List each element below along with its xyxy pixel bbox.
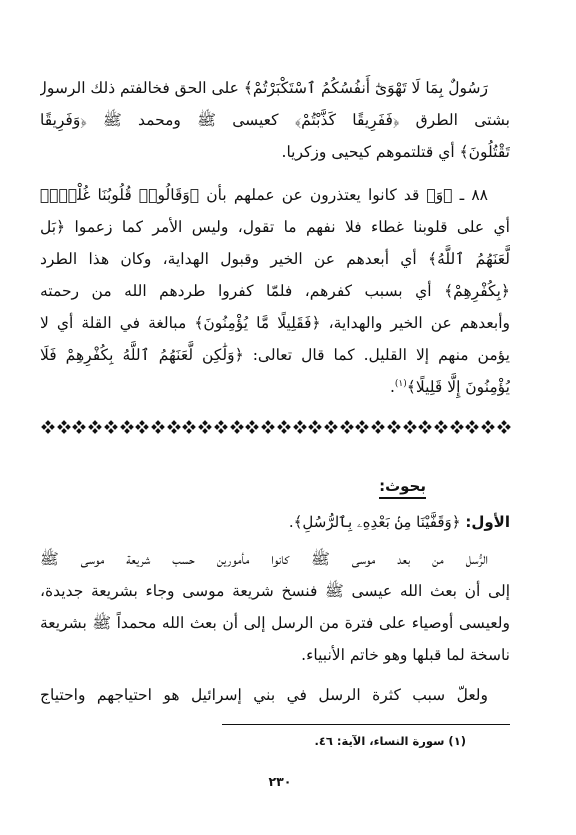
ornamental-divider xyxy=(42,421,510,435)
quran-verse: ﴿وَقَفَّيْنَا مِنۢ بَعْدِهِۦ بِٱلرُّسُلِ… xyxy=(289,513,461,531)
diamond-ornament-icon xyxy=(89,421,101,433)
diamond-ornament-icon xyxy=(482,421,494,433)
diamond-ornament-icon xyxy=(419,421,431,433)
diamond-ornament-icon xyxy=(121,421,133,433)
text-line: ولعلّ سبب كثرة الرسل في بني إسرائيل هو ا… xyxy=(40,679,510,711)
footnote-ref[interactable]: (١) xyxy=(395,379,407,389)
first-item: الأول: ﴿وَقَفَّيْنَا مِنۢ بَعْدِهِۦ بِٱل… xyxy=(40,507,510,537)
diamond-ornament-icon xyxy=(136,421,148,433)
diamond-ornament-icon xyxy=(388,421,400,433)
diamond-ornament-icon xyxy=(262,421,274,433)
diamond-ornament-icon xyxy=(73,421,85,433)
diamond-ornament-icon xyxy=(325,421,337,433)
section-heading: بحوث: xyxy=(379,476,426,499)
diamond-ornament-icon xyxy=(152,421,164,433)
paragraph-4: ولعلّ سبب كثرة الرسل في بني إسرائيل هو ا… xyxy=(40,679,510,711)
diamond-ornament-icon xyxy=(404,421,416,433)
text-line: الرُّسل من بعد موسى ﷺ كانوا مأمورين حسب … xyxy=(40,543,510,575)
diamond-ornament-icon xyxy=(168,421,180,433)
paragraph-2: ٨٨ ـ ﴿وَ﴾ قد كانوا يعتذرون عن عملهم بأن … xyxy=(40,179,510,403)
diamond-ornament-icon xyxy=(356,421,368,433)
diamond-ornament-icon xyxy=(42,421,54,433)
paragraph-1: رَسُولٌ بِمَا لَا تَهْوَىٰٓ أَنفُسُكُمُ … xyxy=(40,72,510,168)
diamond-ornament-icon xyxy=(498,421,510,433)
footnote: (١) سورة النساء، الآية: ٤٦. xyxy=(314,732,466,750)
diamond-ornament-icon xyxy=(372,421,384,433)
diamond-ornament-icon xyxy=(246,421,258,433)
quran-verse: يُؤْمِنُونَ إِلَّا قَلِيلًا﴾ xyxy=(407,378,510,396)
text-line-with-footnote: يُؤْمِنُونَ إِلَّا قَلِيلًا﴾(١). xyxy=(40,371,510,403)
text-line: تَقْتُلُونَ﴾ أي قتلتموهم كيحيى وزكريا. xyxy=(40,136,510,168)
diamond-ornament-icon xyxy=(231,421,243,433)
text-line: أي على قلوبنا غطاء فلا نفهم ما تقول، ولي… xyxy=(40,211,510,243)
text-line: يؤمن منهم إلا القليل. كما قال تعالى: ﴿وَ… xyxy=(40,339,510,371)
text-line: ﴿بِكُفْرِهِمْ﴾ أي بسبب كفرهم، فلمّا كفرو… xyxy=(40,275,510,307)
diamond-ornament-icon xyxy=(58,421,70,433)
diamond-ornament-icon xyxy=(278,421,290,433)
text-line: رَسُولٌ بِمَا لَا تَهْوَىٰٓ أَنفُسُكُمُ … xyxy=(40,72,510,104)
diamond-ornament-icon xyxy=(309,421,321,433)
paragraph-3: الرُّسل من بعد موسى ﷺ كانوا مأمورين حسب … xyxy=(40,543,510,671)
document-page: رَسُولٌ بِمَا لَا تَهْوَىٰٓ أَنفُسُكُمُ … xyxy=(0,0,576,835)
text-line: إلى أن بعث الله عيسى ﷺ فنسخ شريعة موسى و… xyxy=(40,575,510,607)
text-line: لَّعَنَهُمُ ٱللَّهُ﴾ أي أبعدهم عن الخير … xyxy=(40,243,510,275)
footnote-separator xyxy=(222,724,510,725)
diamond-ornament-icon xyxy=(105,421,117,433)
diamond-ornament-icon xyxy=(466,421,478,433)
diamond-ornament-icon xyxy=(451,421,463,433)
diamond-ornament-icon xyxy=(215,421,227,433)
text-line: ٨٨ ـ ﴿وَ﴾ قد كانوا يعتذرون عن عملهم بأن … xyxy=(40,179,510,211)
diamond-ornament-icon xyxy=(435,421,447,433)
diamond-ornament-icon xyxy=(294,421,306,433)
item-label: الأول: xyxy=(465,513,510,531)
diamond-ornament-icon xyxy=(341,421,353,433)
page-number: ٢٣٠ xyxy=(260,774,300,789)
diamond-ornament-icon xyxy=(199,421,211,433)
text-line: ناسخة لما قبلها وهو خاتم الأنبياء. xyxy=(40,639,510,671)
text-line: وأبعدهم عن الخير والهداية، ﴿فَقَلِيلًا م… xyxy=(40,307,510,339)
diamond-ornament-icon xyxy=(183,421,195,433)
text-line: ولعيسى أوصياء على فترة من الرسل إلى أن ب… xyxy=(40,607,510,639)
text-line: بشتى الطرق ﴿فَفَرِيقًا كَذَّبْتُمْ﴾ كعيس… xyxy=(40,104,510,136)
